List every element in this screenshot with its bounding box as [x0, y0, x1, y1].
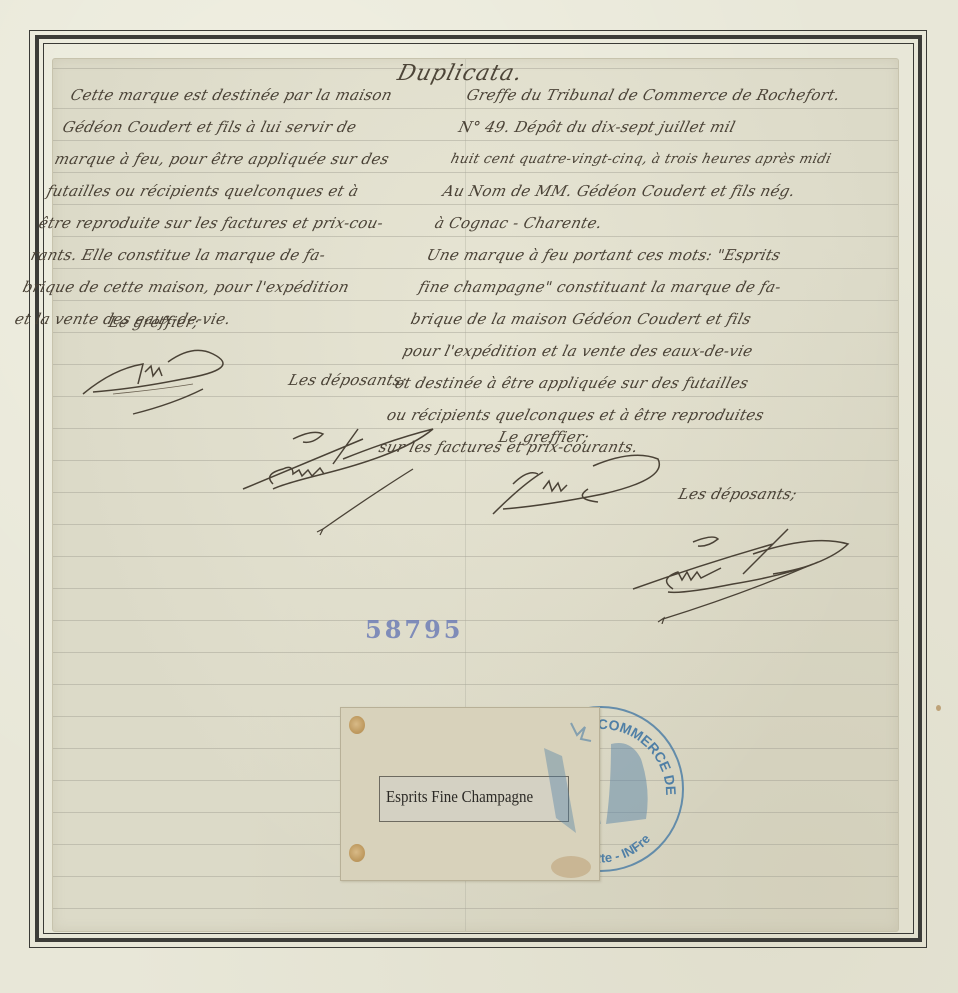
- text-line: pour l'expédition et la vente des eaux-d…: [399, 335, 787, 367]
- text-line: Au Nom de MM. Gédéon Coudert et fils nég…: [439, 175, 827, 207]
- text-line: futailles ou récipients quelconques et à: [43, 175, 395, 207]
- pin-hole-bottom: [349, 844, 365, 862]
- rust-spot: [936, 705, 941, 711]
- trademark-label-text: Esprits Fine Champagne: [386, 787, 533, 807]
- deposants-signature-right: [623, 514, 863, 624]
- text-line: N° 49. Dépôt du dix-sept juillet mil: [455, 111, 843, 143]
- text-line: à Cognac - Charente.: [431, 207, 819, 239]
- text-line: fine champagne" constituant la marque de…: [415, 271, 803, 303]
- text-line: et destinée à être appliquée sur des fut…: [391, 367, 779, 399]
- pin-hole-top: [349, 716, 365, 734]
- text-line: Une marque à feu portant ces mots: "Espr…: [423, 239, 811, 271]
- text-line: Cette marque est destinée par la maison: [67, 79, 419, 111]
- greffier-signature-left: [73, 334, 273, 424]
- stain: [551, 856, 591, 878]
- text-line: Gédéon Coudert et fils à lui servir de: [59, 111, 411, 143]
- text-line: Greffe du Tribunal de Commerce de Rochef…: [463, 79, 851, 111]
- text-line: huit cent quatre-vingt-cinq, à trois heu…: [447, 143, 835, 175]
- text-line: brique de cette maison, pour l'expéditio…: [19, 271, 371, 303]
- bird-emblem-icon: [606, 743, 648, 824]
- left-column-text: Cette marque est destinée par la maison …: [11, 79, 419, 335]
- seal-overlap-on-card: [536, 708, 599, 880]
- greffier-signature-right: [483, 444, 693, 524]
- text-line: brique de la maison Gédéon Coudert et fi…: [407, 303, 795, 335]
- text-line: marque à feu, pour être appliquée sur de…: [51, 143, 403, 175]
- document-sheet: Duplicata. Cette marque est destinée par…: [52, 58, 899, 932]
- text-line: rants. Elle constitue la marque de fa-: [27, 239, 379, 271]
- pasted-label-card: Esprits Fine Champagne: [340, 707, 600, 881]
- registration-number-stamp: 58795: [365, 615, 464, 644]
- text-line: être reproduite sur les factures et prix…: [35, 207, 387, 239]
- deposants-label-right: Les déposants;: [675, 478, 801, 510]
- deposants-label-left: Les déposants;: [285, 364, 411, 396]
